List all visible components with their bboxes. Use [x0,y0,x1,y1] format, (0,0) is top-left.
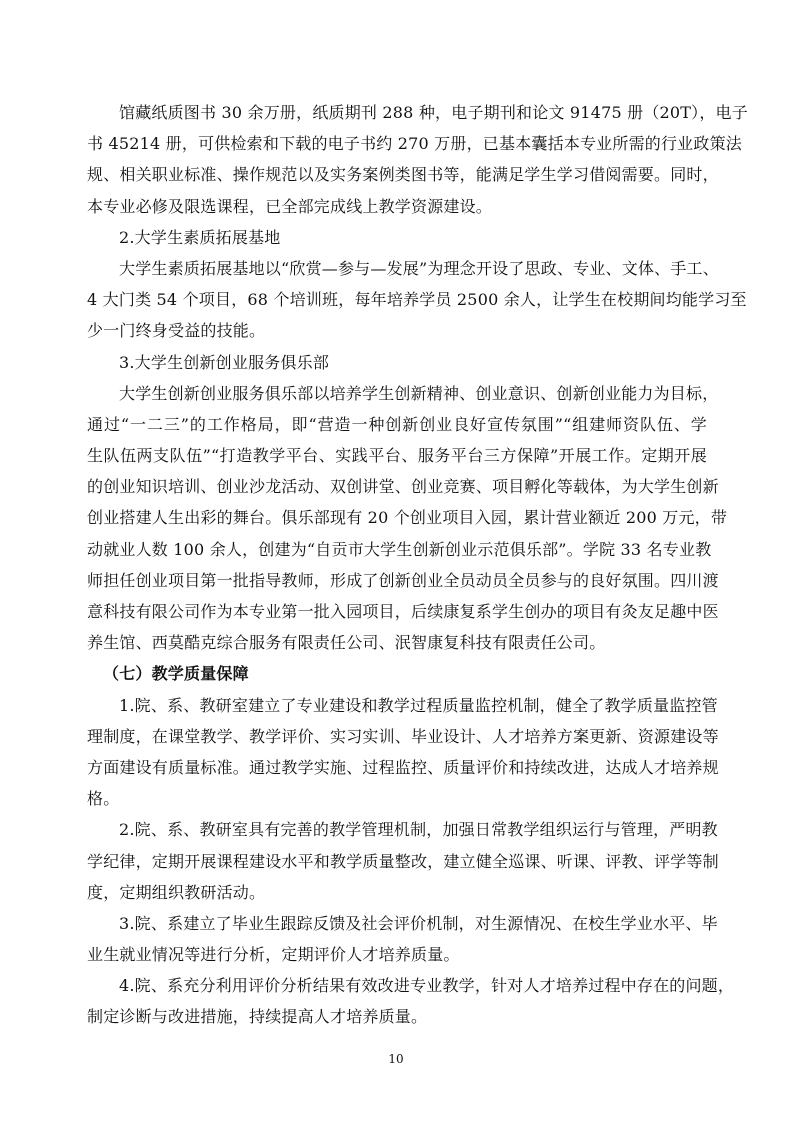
paragraph-line: 4.院、系充分利用评价分析结果有效改进专业教学，针对人才培养过程中存在的问题， [87,970,707,1001]
paragraph-line: 馆藏纸质图书 30 余万册，纸质期刊 288 种，电子期刊和论文 91475 册… [87,97,707,128]
section-heading: （七）教学质量保障 [87,658,707,689]
paragraph-line: 通过“一二三”的工作格局，即“营造一种创新创业良好宣传氛围”“组建师资队伍、学 [87,409,707,440]
subsection-heading: 3.大学生创新创业服务俱乐部 [87,347,707,378]
paragraph-line: 4 大门类 54 个项目，68 个培训班，每年培养学员 2500 余人，让学生在… [87,284,707,315]
paragraph-line: 的创业知识培训、创业沙龙活动、双创讲堂、创业竞赛、项目孵化等载体，为大学生创新 [87,471,707,502]
paragraph-line: 本专业必修及限选课程，已全部完成线上教学资源建设。 [87,191,707,222]
paragraph-line: 创业搭建人生出彩的舞台。俱乐部现有 20 个创业项目入园，累计营业额近 200 … [87,502,707,533]
subsection-heading: 2.大学生素质拓展基地 [87,222,707,253]
paragraph-line: 师担任创业项目第一批指导教师，形成了创新创业全员动员全员参与的良好氛围。四川渡 [87,565,707,596]
paragraph-line: 方面建设有质量标准。通过教学实施、过程监控、质量评价和持续改进，达成人才培养规 [87,752,707,783]
paragraph-line: 业生就业情况等进行分析，定期评价人才培养质量。 [87,939,707,970]
paragraph-line: 规、相关职业标准、操作规范以及实务案例类图书等，能满足学生学习借阅需要。同时， [87,159,707,190]
paragraph-line: 度，定期组织教研活动。 [87,877,707,908]
paragraph-line: 理制度，在课堂教学、教学评价、实习实训、毕业设计、人才培养方案更新、资源建设等 [87,721,707,752]
paragraph-line: 生队伍两支队伍”“打造教学平台、实践平台、服务平台三方保障”开展工作。定期开展 [87,440,707,471]
paragraph-line: 动就业人数 100 余人，创建为“自贡市大学生创新创业示范俱乐部”。学院 33 … [87,534,707,565]
page-number: 10 [0,1052,792,1066]
document-page: 馆藏纸质图书 30 余万册，纸质期刊 288 种，电子期刊和论文 91475 册… [87,97,707,1033]
paragraph-line: 少一门终身受益的技能。 [87,315,707,346]
paragraph-line: 3.院、系建立了毕业生跟踪反馈及社会评价机制，对生源情况、在校生学业水平、毕 [87,908,707,939]
paragraph-line: 2.院、系、教研室具有完善的教学管理机制，加强日常教学组织运行与管理，严明教 [87,814,707,845]
paragraph-line: 学纪律，定期开展课程建设水平和教学质量整改，建立健全巡课、听课、评教、评学等制 [87,846,707,877]
paragraph-line: 大学生素质拓展基地以“欣赏—参与—发展”为理念开设了思政、专业、文体、手工、 [87,253,707,284]
paragraph-line: 1.院、系、教研室建立了专业建设和教学过程质量监控机制，健全了教学质量监控管 [87,690,707,721]
paragraph-line: 书 45214 册，可供检索和下载的电子书约 270 万册，已基本囊括本专业所需… [87,128,707,159]
paragraph-line: 大学生创新创业服务俱乐部以培养学生创新精神、创业意识、创新创业能力为目标， [87,378,707,409]
paragraph-line: 意科技有限公司作为本专业第一批入园项目，后续康复系学生创办的项目有灸友足趣中医 [87,596,707,627]
paragraph-line: 制定诊断与改进措施，持续提高人才培养质量。 [87,1001,707,1032]
paragraph-line: 格。 [87,783,707,814]
paragraph-line: 养生馆、西莫酷克综合服务有限责任公司、泯智康复科技有限责任公司。 [87,627,707,658]
